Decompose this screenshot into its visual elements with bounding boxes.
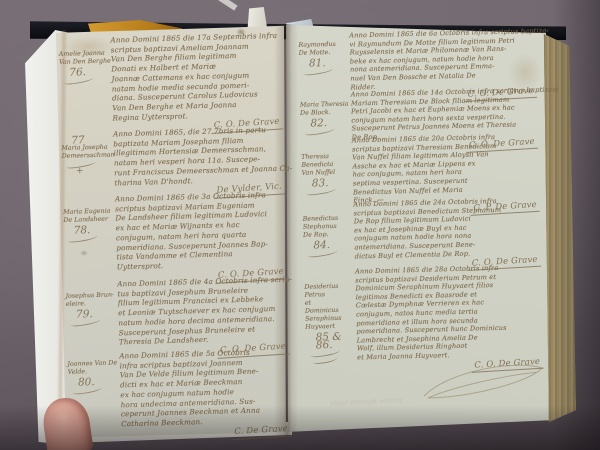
left-page-entries: Amelie JoannaVan Den Berghe76.Anno Domin…	[56, 19, 299, 437]
ink-flourish	[420, 358, 550, 406]
entry-margin-name: Joannes Van De	[67, 359, 119, 368]
number-underline-flourish	[304, 126, 335, 136]
number-underline-flourish	[307, 248, 338, 258]
baptism-entry: Anno Domini 1865 die 3a Octobris infrasc…	[115, 190, 293, 285]
entry-margin-annotation: Amelie JoannaVan Den Berghe76.	[59, 49, 112, 83]
baptism-entry: Anno Domini 1865 die 5a Octobrisinfra sc…	[119, 346, 297, 441]
entry-margin-annotation: Maria TheresiaDe Block.82.	[300, 100, 353, 134]
number-underline-flourish	[303, 66, 334, 76]
entry-margin-annotation: 77Maria JosephaDemeersschman+	[61, 133, 114, 175]
entry-margin-annotation: RaymondusDe Motte.81.	[298, 41, 351, 75]
photo-of-baptismal-register: { "colors": { "background": "#6e646b", "…	[0, 0, 600, 450]
baptism-entry: Anno Domini 1865 die 17a Septembris infr…	[110, 31, 289, 136]
entry-margin-annotation: TheresiaBenedictaVan Nuffel83.	[301, 152, 354, 194]
entry-margin-annotation: BenedictusStephanusDe Rop.84.	[303, 214, 356, 256]
number-underline-flourish	[72, 385, 103, 395]
number-underline-flourish	[68, 233, 99, 243]
cross-symbol: +	[76, 166, 114, 175]
entry-margin-name: Josephus Brun-	[65, 291, 117, 300]
number-underline-flourish	[70, 317, 101, 327]
entry-margin-annotation: Maria EugeniaDe Landsheer78.	[63, 207, 116, 241]
baptism-entry: Anno Domini 1865 die 28a Octobris infras…	[355, 263, 550, 374]
entry-number: 85 & 86.	[316, 332, 358, 349]
entry-margin-annotation: Josephus Brun-eleire.79.	[65, 291, 118, 325]
entry-margin-annotation: Joannes Van DeVelde.80.	[67, 359, 120, 393]
number-underline-flourish	[63, 75, 94, 85]
baptism-entry: Anno Domini 1865, die 27 7bris in partub…	[113, 125, 291, 201]
entry-margin-annotation: DesideriusPetrusetDominicusSeraphinusHuy…	[304, 282, 358, 363]
paper-sliver	[212, 0, 237, 11]
number-underline-flourish	[306, 186, 337, 196]
baptism-entry: Anno Domini 1865 die 24a Octobris infras…	[353, 196, 547, 272]
